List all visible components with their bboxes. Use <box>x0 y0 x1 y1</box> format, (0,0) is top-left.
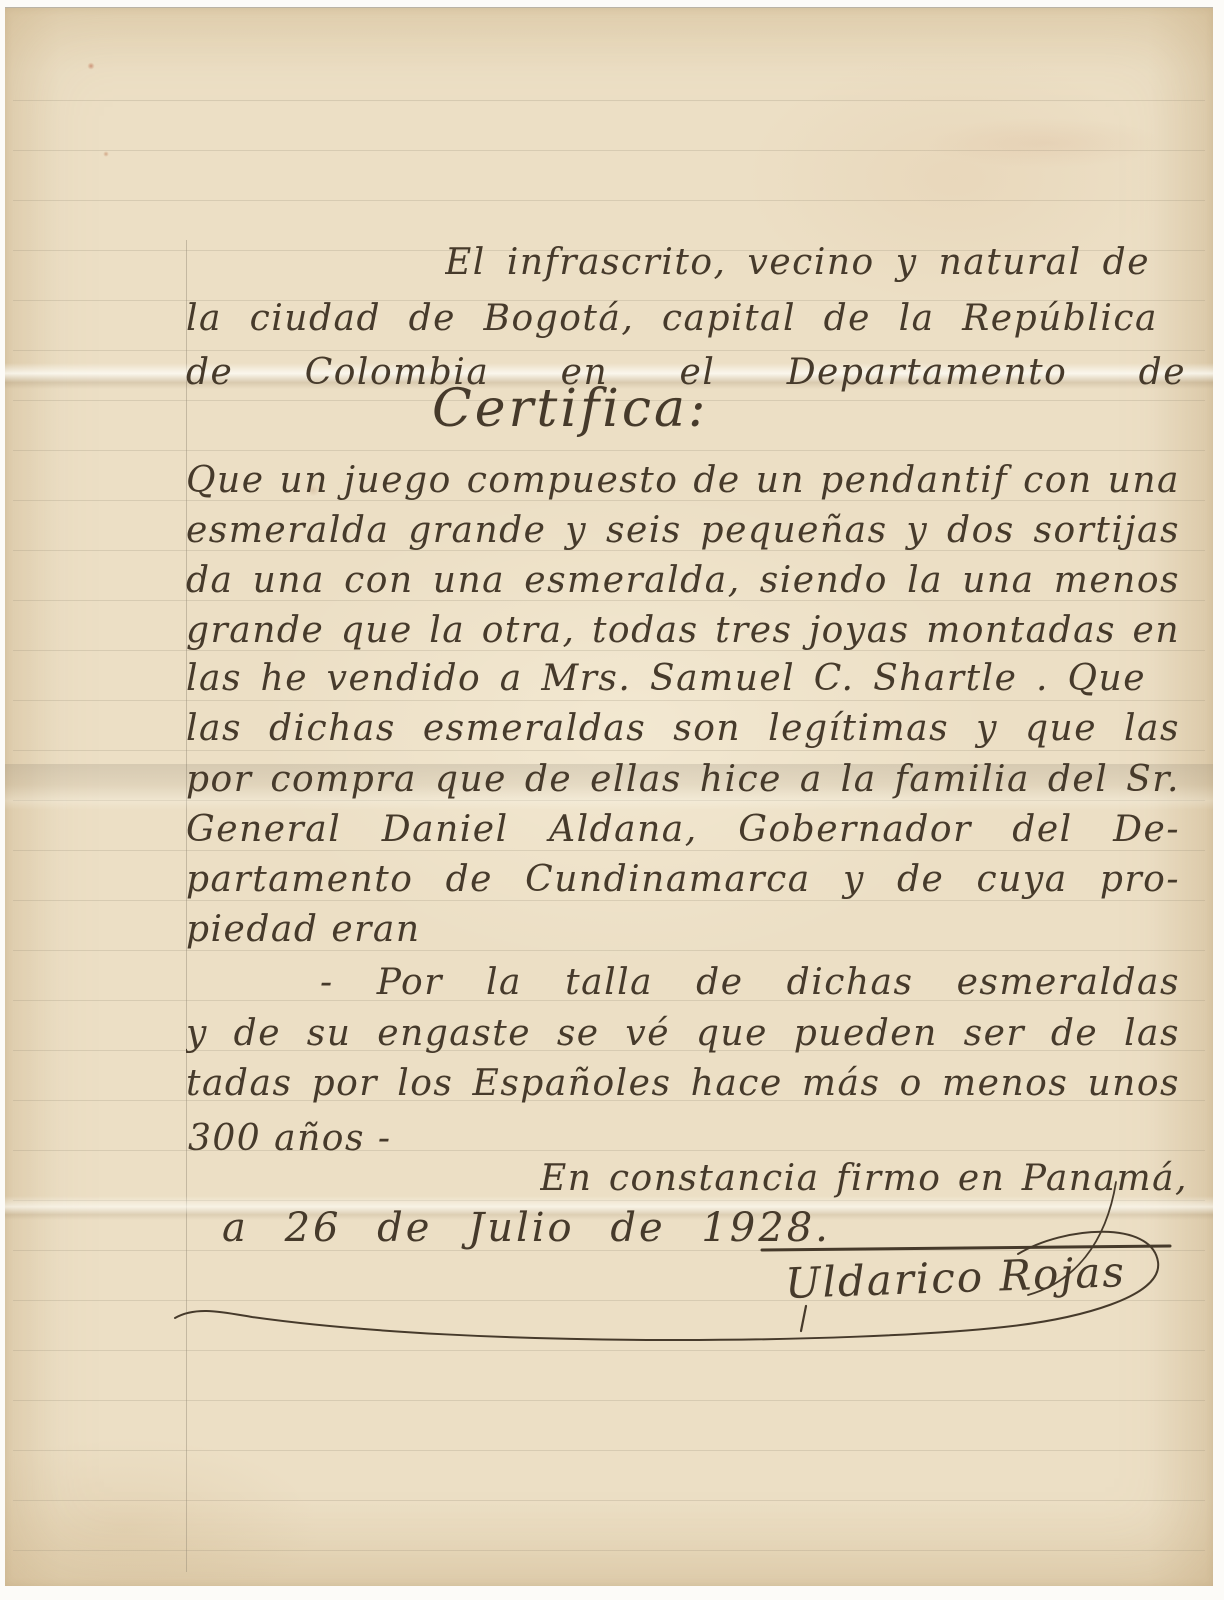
body2-line-2: y de su engaste se vé que pueden ser de … <box>186 1011 1180 1063</box>
body-line-9: partamento de Cundinamarca y de cuya pro… <box>186 857 1180 909</box>
letter-content: El infrascrito, vecino y natural de la c… <box>0 0 1224 1600</box>
closing-date-line: a 26 de Julio de 1928. <box>222 1205 831 1251</box>
body-line-4: grande que la otra, todas tres joyas mon… <box>186 608 1180 660</box>
body-line-6: las dichas esmeraldas son legítimas y qu… <box>186 706 1180 758</box>
body2-line-3: tadas por los Españoles hace más o menos… <box>186 1061 1180 1113</box>
body-line-10: piedad eran <box>186 907 421 953</box>
opening-line-2: la ciudad de Bogotá, capital de la Repúb… <box>186 296 1158 348</box>
heading-certifica: Certifica: <box>432 386 708 432</box>
body-line-8: General Daniel Aldana, Gobernador del De… <box>186 807 1180 859</box>
body-line-5: las he vendido a Mrs. Samuel C. Shartle … <box>186 656 1146 708</box>
body-line-3: da una con una esmeralda, siendo la una … <box>186 558 1180 610</box>
body-line-7: por compra que de ellas hice a la famili… <box>186 757 1180 809</box>
closing-place-line: En constancia firmo en Panamá, <box>540 1156 1188 1208</box>
scanned-letter-page: { "letter": { "opening": { "line1": "El … <box>0 0 1224 1600</box>
body2-line-4: 300 años - <box>188 1116 392 1162</box>
body-line-1: Que un juego compuesto de un pendantif c… <box>186 458 1180 510</box>
body-line-2: esmeralda grande y seis pequeñas y dos s… <box>186 508 1180 560</box>
opening-line-1: El infrascrito, vecino y natural de <box>445 240 1150 292</box>
signature-text: Uldarico Rojas <box>784 1249 1126 1307</box>
body2-line-1: - Por la talla de dichas esmeraldas <box>320 960 1180 1012</box>
